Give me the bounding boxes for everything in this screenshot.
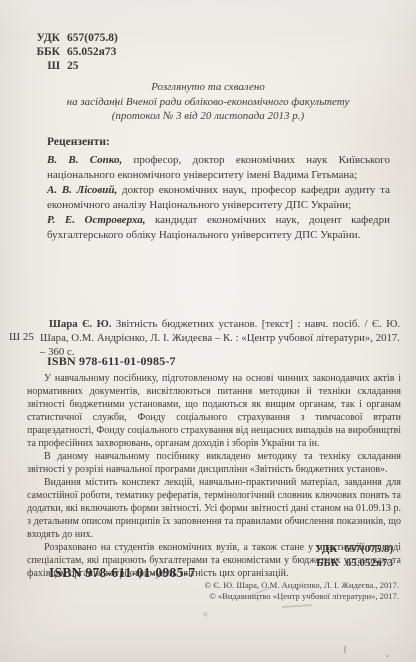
- approval-note: Розглянуто та схвалено на засіданні Вчен…: [0, 80, 416, 124]
- scan-artifact: [344, 646, 346, 653]
- udc-value: 657(075.8): [344, 543, 393, 557]
- citation-author: Шара Є. Ю.: [49, 318, 111, 330]
- author-mark-label: Ш: [26, 59, 60, 73]
- bbk-code-bottom: ББК 65.052я73: [315, 557, 393, 571]
- approval-line-1: Розглянуто та схвалено: [0, 80, 416, 95]
- reviewers-list: В. В. Сопко, професор, доктор економічни…: [47, 153, 390, 243]
- author-mark-value: 25: [67, 59, 79, 73]
- book-imprint-page: УДК 657(075.8) ББК 65.052я73 Ш 25 Розгля…: [0, 0, 416, 662]
- scan-artifact: ч: [203, 609, 211, 619]
- udc-label: УДК: [315, 543, 338, 557]
- reviewer-name: Р. Е. Островерха,: [47, 214, 145, 226]
- bbk-value: 65.052я73: [67, 45, 116, 59]
- copyright-publisher: © «Видавництво «Центр учбової літератури…: [205, 591, 399, 602]
- bbk-label: ББК: [26, 45, 60, 59]
- annotation-paragraph: У навчальному посібнику, підготовленому …: [27, 372, 401, 450]
- udc-code-bottom: УДК 657(075.8): [315, 543, 393, 557]
- scan-artifact: [386, 655, 389, 657]
- reviewer-item: А. В. Лісовий, доктор економічних наук, …: [47, 183, 390, 213]
- reviewer-item: Р. Е. Островерха, кандидат економічних н…: [47, 213, 390, 243]
- bbk-label: ББК: [316, 557, 339, 571]
- annotation-paragraph: В даному навчальному посібнику викладено…: [27, 450, 401, 476]
- annotation-paragraph: Видання містить конспект лекцій, навчаль…: [27, 476, 401, 541]
- copyright-block: © Є. Ю. Шара, О.М. Андрієнко, Л. І. Жиде…: [205, 580, 399, 602]
- approval-line-3: (протокол № 3 від 20 листопада 2013 р.): [0, 109, 416, 124]
- isbn-main: ISBN 978-611-01-0985-7: [49, 565, 195, 581]
- approval-line-2: на засіданні Вченої ради обліково-економ…: [0, 95, 416, 110]
- isbn-citation: ISBN 978-611-01-0985-7: [47, 354, 176, 369]
- classification-codes-top: УДК 657(075.8) ББК 65.052я73 Ш 25: [26, 31, 118, 73]
- reviewer-item: В. В. Сопко, професор, доктор економічни…: [47, 153, 390, 183]
- copyright-authors: © Є. Ю. Шара, О.М. Андрієнко, Л. І. Жиде…: [205, 580, 399, 591]
- scan-artifact: [282, 604, 312, 608]
- reviewers-heading: Рецензенти:: [47, 136, 110, 148]
- udc-value: 657(075.8): [67, 31, 118, 45]
- bbk-value: 65.052я73: [346, 557, 393, 571]
- reviewer-name: А. В. Лісовий,: [47, 184, 117, 196]
- udc-label: УДК: [26, 31, 60, 45]
- bibliographic-citation: Шара Є. Ю. Звітність бюджетних установ. …: [40, 317, 400, 359]
- margin-author-mark: Ш 25: [9, 331, 34, 343]
- reviewer-name: В. В. Сопко,: [47, 154, 122, 166]
- author-mark-code: Ш 25: [26, 59, 118, 73]
- classification-codes-bottom: УДК 657(075.8) ББК 65.052я73: [315, 543, 393, 570]
- udc-code: УДК 657(075.8): [26, 31, 118, 45]
- bbk-code: ББК 65.052я73: [26, 45, 118, 59]
